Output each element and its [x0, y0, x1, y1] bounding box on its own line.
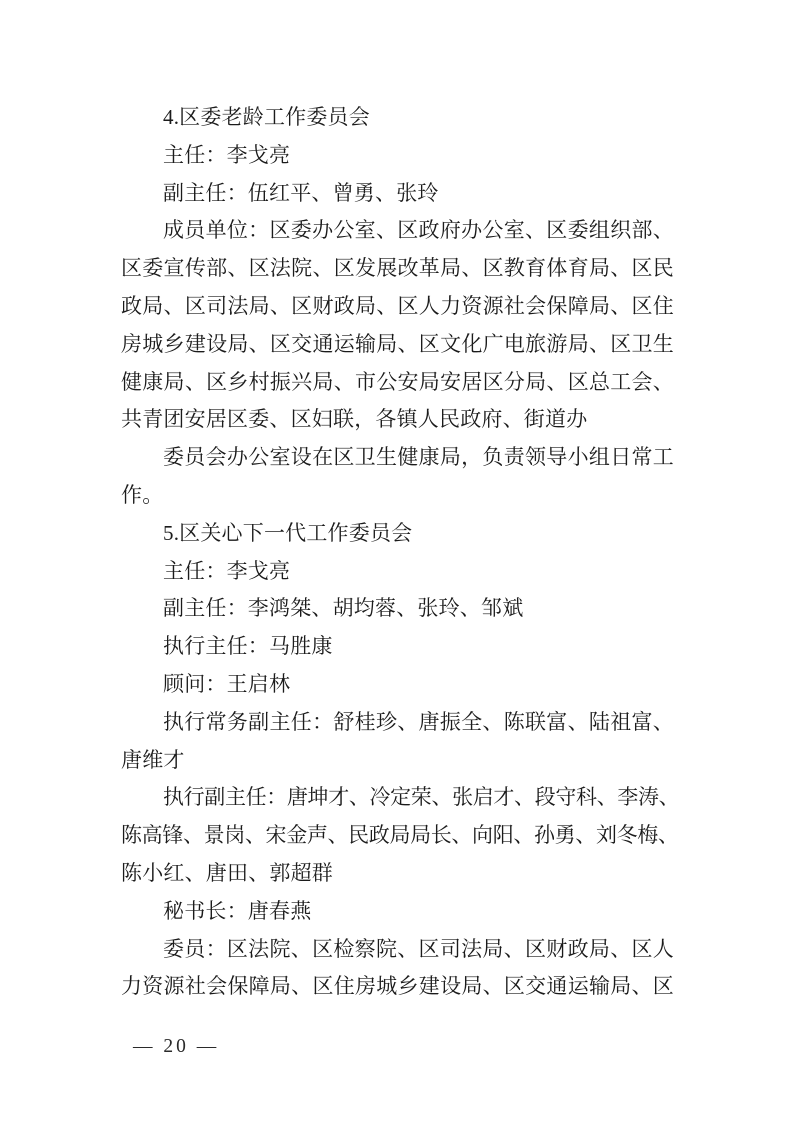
- text-line: 执行副主任：唐坤才、冷定荣、张启才、段守科、李涛、: [121, 779, 674, 817]
- text-line: 执行常务副主任：舒桂珍、唐振全、陈联富、陆祖富、: [121, 704, 674, 742]
- text-line: 顾问：王启林: [121, 666, 674, 704]
- text-line: 力资源社会保障局、区住房城乡建设局、区交通运输局、区: [121, 968, 674, 1006]
- text-line: 执行主任：马胜康: [121, 628, 674, 666]
- text-line: 委员会办公室设在区卫生健康局，负责领导小组日常工: [121, 439, 674, 477]
- paragraph: 主任：李戈亮: [121, 553, 674, 591]
- text-line: 主任：李戈亮: [121, 137, 674, 175]
- text-line: 主任：李戈亮: [121, 553, 674, 591]
- paragraph: 副主任：李鸿桀、胡均蓉、张玲、邹斌: [121, 590, 674, 628]
- text-line: 唐维才: [121, 742, 674, 780]
- text-line: 健康局、区乡村振兴局、市公安局安居区分局、区总工会、: [121, 364, 674, 402]
- paragraph: 执行常务副主任：舒桂珍、唐振全、陈联富、陆祖富、唐维才: [121, 704, 674, 780]
- paragraph: 顾问：王启林: [121, 666, 674, 704]
- text-line: 共青团安居区委、区妇联，各镇人民政府、街道办: [121, 401, 674, 439]
- text-line: 房城乡建设局、区交通运输局、区文化广电旅游局、区卫生: [121, 326, 674, 364]
- text-line: 副主任：李鸿桀、胡均蓉、张玲、邹斌: [121, 590, 674, 628]
- text-line: 陈高锋、景岗、宋金声、民政局局长、向阳、孙勇、刘冬梅、: [121, 817, 674, 855]
- text-line: 秘书长：唐春燕: [121, 893, 674, 931]
- document-page: 4.区委老龄工作委员会主任：李戈亮副主任：伍红平、曾勇、张玲成员单位：区委办公室…: [0, 0, 793, 1122]
- text-line: 4.区委老龄工作委员会: [121, 99, 674, 137]
- paragraph: 执行副主任：唐坤才、冷定荣、张启才、段守科、李涛、陈高锋、景岗、宋金声、民政局局…: [121, 779, 674, 892]
- text-line: 副主任：伍红平、曾勇、张玲: [121, 175, 674, 213]
- text-line: 区委宣传部、区法院、区发展改革局、区教育体育局、区民: [121, 250, 674, 288]
- paragraph: 5.区关心下一代工作委员会: [121, 515, 674, 553]
- paragraph: 委员会办公室设在区卫生健康局，负责领导小组日常工作。: [121, 439, 674, 515]
- paragraph: 委员：区法院、区检察院、区司法局、区财政局、区人力资源社会保障局、区住房城乡建设…: [121, 931, 674, 1007]
- text-line: 委员：区法院、区检察院、区司法局、区财政局、区人: [121, 931, 674, 969]
- paragraph: 秘书长：唐春燕: [121, 893, 674, 931]
- paragraph: 执行主任：马胜康: [121, 628, 674, 666]
- paragraph: 4.区委老龄工作委员会: [121, 99, 674, 137]
- text-line: 陈小红、唐田、郭超群: [121, 855, 674, 893]
- page-number: — 20 —: [133, 1036, 219, 1058]
- text-line: 政局、区司法局、区财政局、区人力资源社会保障局、区住: [121, 288, 674, 326]
- document-body: 4.区委老龄工作委员会主任：李戈亮副主任：伍红平、曾勇、张玲成员单位：区委办公室…: [121, 99, 674, 1006]
- paragraph: 副主任：伍红平、曾勇、张玲: [121, 175, 674, 213]
- text-line: 作。: [121, 477, 674, 515]
- paragraph: 成员单位：区委办公室、区政府办公室、区委组织部、区委宣传部、区法院、区发展改革局…: [121, 212, 674, 439]
- text-line: 成员单位：区委办公室、区政府办公室、区委组织部、: [121, 212, 674, 250]
- text-line: 5.区关心下一代工作委员会: [121, 515, 674, 553]
- paragraph: 主任：李戈亮: [121, 137, 674, 175]
